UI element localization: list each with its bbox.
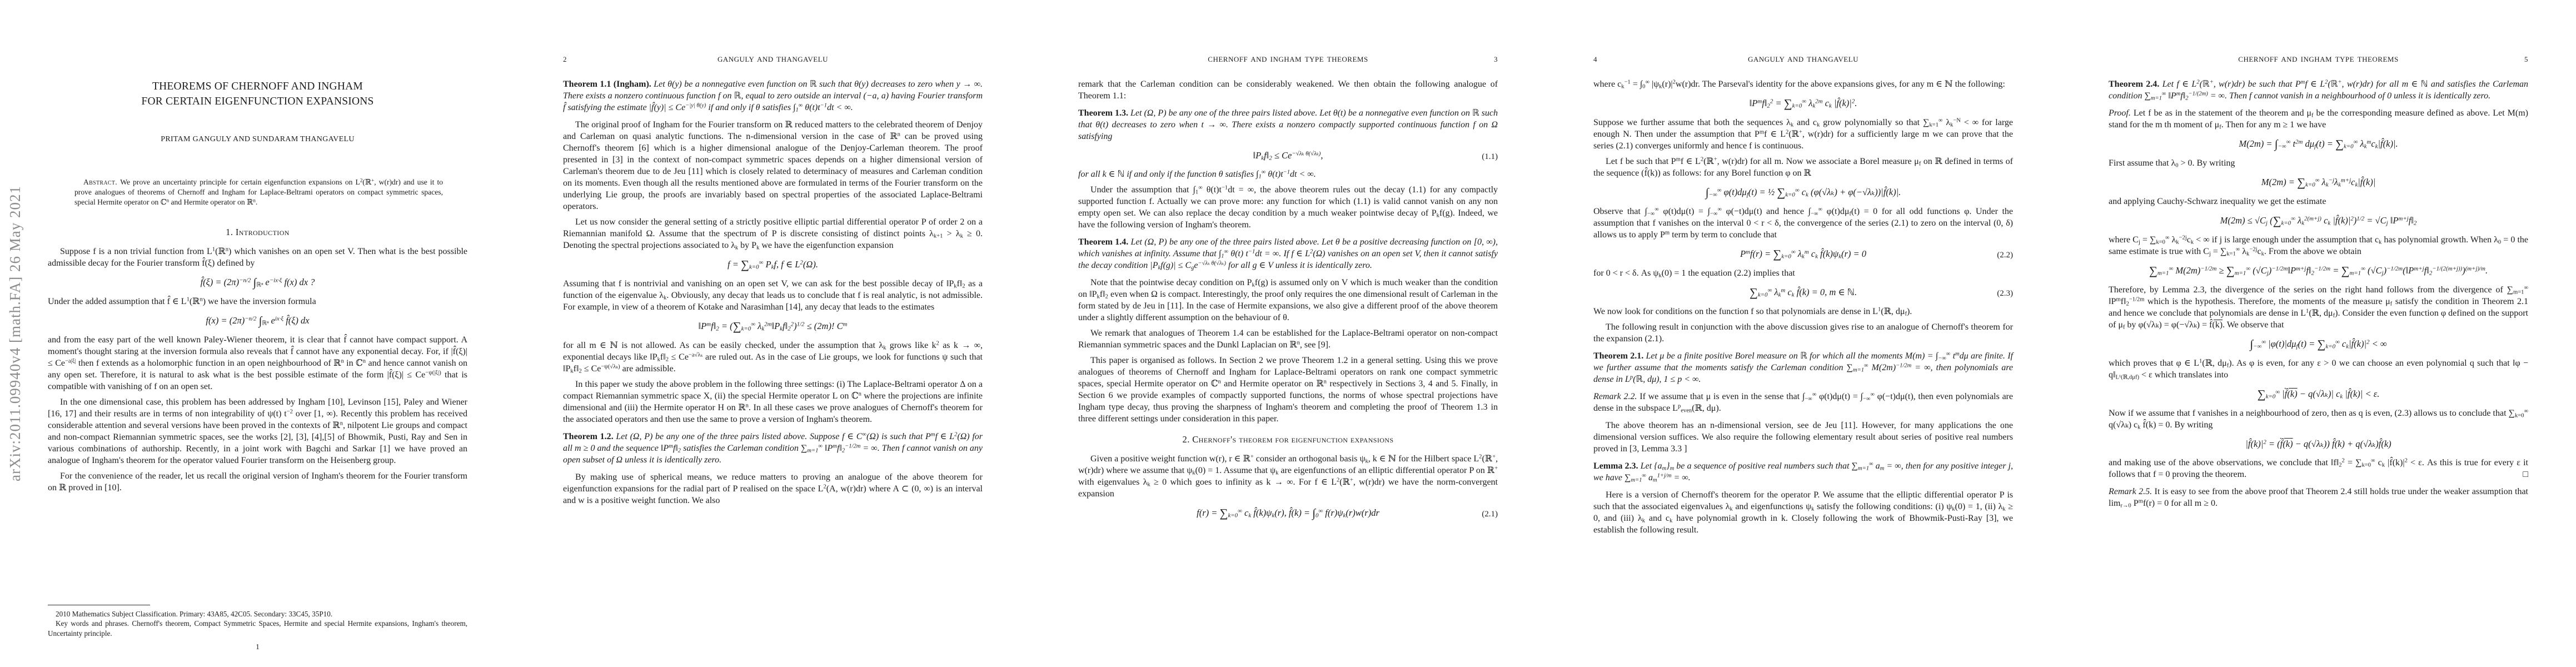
running-title: CHERNOFF AND INGHAM TYPE THEOREMS	[2109, 53, 2528, 65]
equation-text: |f̂(k)|2 = (f̂(k) − q(√λₖ)) f̂(k) + q(√λ…	[2245, 439, 2391, 449]
paper-authors: PRITAM GANGULY AND SUNDARAM THANGAVELU	[48, 133, 467, 145]
page-number: 3	[1494, 53, 1498, 65]
paragraph: for all m ∈ ℕ is not allowed. As can be …	[563, 340, 983, 375]
theorem-block: Theorem 2.4. Let f ∈ L2(ℝ+, w(r)dr) be s…	[2109, 78, 2528, 102]
paragraph: Here is a version of Chernoff's theorem …	[1593, 489, 2013, 536]
display-equation: f(x) = (2π)−n/2 ∫ℝⁿ eix·ξ f̂(ξ) dx	[48, 315, 467, 327]
section-heading: 2. Chernoff's theorem for eigenfunction …	[1078, 434, 1498, 445]
proof-text: Let f be as in the statement of the theo…	[2109, 108, 2528, 130]
paragraph: which proves that φ ∈ L1(ℝ, dμf). As φ i…	[2109, 357, 2528, 381]
paragraph: Let us now consider the general setting …	[563, 216, 983, 251]
equation-text: M(2m) = ∫−∞∞ t2m dμf(t) = ∑k=0∞ λkmck|f̂…	[2239, 138, 2398, 149]
equation-text: M(2m) = ∑k=0∞ λk−jλkm+jck|f̂(k)|	[2261, 177, 2375, 187]
paragraph: Therefore, by Lemma 2.3, the divergence …	[2109, 284, 2528, 331]
footnote-block: 2010 Mathematics Subject Classification.…	[48, 605, 467, 639]
paragraph: The original proof of Ingham for the Fou…	[563, 119, 983, 212]
theorem-block: Lemma 2.3. Let {am}m be a sequence of po…	[1593, 460, 2013, 484]
page-number: 5	[2524, 53, 2528, 65]
theorem-block: Theorem 1.4. Let (Ω, P) be any one of th…	[1078, 236, 1498, 271]
display-equation: M(2m) ≤ √Cj (∑k=0∞ λk2(m+j) ck |f̂(k)|2)…	[2109, 215, 2528, 227]
running-head: 4GANGULY AND THANGAVELU	[1593, 53, 2013, 63]
running-head: CHERNOFF AND INGHAM TYPE THEOREMS5	[2109, 53, 2528, 63]
remark-block: Remark 2.2. If we assume that μ is even …	[1593, 391, 2013, 414]
equation-text: ‖Pmf‖22 = ∑k=0∞ λk2m ck |f̂(k)|2.	[1750, 98, 1857, 108]
display-equation: ∑k=0∞ |f̂(k) − q(√λₖ)| ck |f̂(k)| < ε.	[2109, 388, 2528, 400]
theorem-block: Theorem 1.2. Let (Ω, P) be any one of th…	[563, 431, 983, 466]
paper-title: THEOREMS OF CHERNOFF AND INGHAMFOR CERTA…	[48, 79, 467, 109]
paragraph: and making use of the above observations…	[2109, 457, 2528, 480]
page-5: CHERNOFF AND INGHAM TYPE THEOREMS5Theore…	[2061, 0, 2576, 667]
theorem-text: Let (Ω, P) be any one of the three pairs…	[1078, 237, 1498, 270]
paragraph: The above theorem has an n-dimensional v…	[1593, 420, 2013, 455]
theorem-text: Let (Ω, P) be any one of the three pairs…	[1078, 108, 1498, 141]
display-equation: ∑k=0∞ λkm ck f̂(k) = 0, m ∈ ℕ.(2.3)	[1593, 286, 2013, 298]
equation-text: f = ∑k=0∞ Pkf, f ∈ L2(Ω).	[728, 259, 818, 270]
paragraph: By making use of spherical means, we red…	[563, 471, 983, 506]
abstract-text: We prove an uncertainty principle for ce…	[74, 178, 443, 206]
running-head: CHERNOFF AND INGHAM TYPE THEOREMS3	[1078, 53, 1498, 63]
paragraph: Given a positive weight function w(r), r…	[1078, 453, 1498, 500]
proof-label: Proof.	[2109, 108, 2134, 118]
page-footer-number: 1	[0, 641, 515, 653]
equation-text: ∫−∞∞ φ(t)dμf(t) = ½ ∑k=0∞ ck (φ(√λₖ) + φ…	[1706, 187, 1901, 197]
remark-block: Remark 2.5. It is easy to see from the a…	[2109, 486, 2528, 509]
paragraph: First assume that λ0 > 0. By writing	[2109, 157, 2528, 169]
paragraph: Now if we assume that f vanishes in a ne…	[2109, 407, 2528, 431]
page-4: 4GANGULY AND THANGAVELUwhere ck−1 = ∫0∞ …	[1546, 0, 2061, 667]
equation-tag: (1.1)	[1482, 151, 1498, 163]
remark-label: Remark 2.5.	[2109, 487, 2155, 496]
equation-tag: (2.2)	[1997, 250, 2013, 261]
display-equation: Pmf(r) = ∑k=0∞ λkm ck f̂(k)ψk(r) = 0(2.2…	[1593, 248, 2013, 260]
paper-sheet: arXiv:2011.09940v4 [math.FA] 26 May 2021…	[0, 0, 2576, 667]
paragraph: Suppose we further assume that both the …	[1593, 117, 2013, 152]
paragraph: Note that the pointwise decay condition …	[1078, 277, 1498, 323]
footnote-rule	[48, 605, 150, 605]
running-head: 2GANGULY AND THANGAVELU	[563, 53, 983, 63]
paragraph: Under the assumption that ∫1∞ θ(t)t−1dt …	[1078, 184, 1498, 231]
paragraph: Suppose f is a non trivial function from…	[48, 246, 467, 269]
theorem-text: Let (Ω, P) be any one of the three pairs…	[563, 432, 983, 465]
proof-block: Proof. Let f be as in the statement of t…	[2109, 107, 2528, 131]
display-equation: f(r) = ∑k=0∞ ck f̂(k)ψk(r), f̂(k) = ∫0∞ …	[1078, 507, 1498, 519]
equation-text: ∑k=0∞ λkm ck f̂(k) = 0, m ∈ ℕ.	[1750, 287, 1857, 297]
equation-text: Pmf(r) = ∑k=0∞ λkm ck f̂(k)ψk(r) = 0	[1740, 248, 1866, 259]
paper-abstract: Abstract. We prove an uncertainty princi…	[74, 177, 443, 207]
running-title: CHERNOFF AND INGHAM TYPE THEOREMS	[1078, 53, 1498, 65]
paragraph: Let f be such that Pmf ∈ L2(ℝ+, w(r)dr) …	[1593, 156, 2013, 179]
theorem-label: Theorem 1.1 (Ingham).	[563, 79, 654, 89]
paragraph: We remark that analogues of Theorem 1.4 …	[1078, 327, 1498, 351]
display-equation: ∑m=1∞ M(2m)−1/2m ≥ ∑m=1∞ (√Cj)−1/2m‖Pm+j…	[2109, 265, 2528, 277]
display-equation: |f̂(k)|2 = (f̂(k) − q(√λₖ)) f̂(k) + q(√λ…	[2109, 438, 2528, 450]
display-equation: f̂(ξ) = (2π)−n/2 ∫ℝⁿ e−ix·ξ f(x) dx ?	[48, 276, 467, 288]
theorem-text: Let f ∈ L2(ℝ+, w(r)dr) be such that Pmf …	[2109, 79, 2528, 101]
paragraph: Assuming that f is nontrivial and vanish…	[563, 278, 983, 313]
remark-text: It is easy to see from the above proof t…	[2109, 487, 2528, 508]
abstract-label: Abstract.	[83, 178, 120, 186]
display-equation: ∫−∞∞ φ(t)dμf(t) = ½ ∑k=0∞ ck (φ(√λₖ) + φ…	[1593, 186, 2013, 198]
theorem-block: Theorem 1.3. Let (Ω, P) be any one of th…	[1078, 107, 1498, 142]
equation-tag: (2.3)	[1997, 288, 2013, 300]
page-1: THEOREMS OF CHERNOFF AND INGHAMFOR CERTA…	[0, 0, 515, 667]
running-title: GANGULY AND THANGAVELU	[563, 53, 983, 65]
paragraph: where ck−1 = ∫0∞ |ψk(r)|2w(r)dr. The Par…	[1593, 78, 2013, 90]
equation-text: ‖Pmf‖2 = (∑k=0∞ λk2m‖Pkf‖22)1/2 ≤ (2m)! …	[699, 321, 848, 331]
display-equation: f = ∑k=0∞ Pkf, f ∈ L2(Ω).	[563, 258, 983, 271]
footnote-line: 2010 Mathematics Subject Classification.…	[48, 609, 467, 619]
equation-text: f(x) = (2π)−n/2 ∫ℝⁿ eix·ξ f̂(ξ) dx	[206, 315, 309, 326]
paragraph: and from the easy part of the well known…	[48, 334, 467, 392]
theorem-label: Theorem 2.1.	[1593, 351, 1646, 361]
theorem-label: Theorem 1.3.	[1078, 108, 1130, 118]
equation-text: f(r) = ∑k=0∞ ck f̂(k)ψk(r), f̂(k) = ∫0∞ …	[1197, 507, 1379, 518]
equation-text: ∑k=0∞ |f̂(k) − q(√λₖ)| ck |f̂(k)| < ε.	[2258, 389, 2380, 399]
display-equation: ‖Pkf‖2 ≤ Ce−√λₖ θ(√λₖ),(1.1)	[1078, 150, 1498, 161]
paragraph: In the one dimensional case, this proble…	[48, 396, 467, 466]
paragraph: The following result in conjunction with…	[1593, 321, 2013, 345]
display-equation: M(2m) = ∫−∞∞ t2m dμf(t) = ∑k=0∞ λkmck|f̂…	[2109, 138, 2528, 150]
running-title: GANGULY AND THANGAVELU	[1593, 53, 2013, 65]
equation-text: ∑m=1∞ M(2m)−1/2m ≥ ∑m=1∞ (√Cj)−1/2m‖Pm+j…	[2149, 265, 2488, 276]
remark-text: If we assume that μ is even in the sense…	[1593, 392, 2013, 413]
paragraph: and applying Cauchy-Schwarz inequality w…	[2109, 196, 2528, 207]
paragraph: In this paper we study the above problem…	[563, 379, 983, 425]
footnote-line: Key words and phrases. Chernoff's theore…	[48, 619, 467, 638]
paragraph: For the convenience of the reader, let u…	[48, 470, 467, 494]
theorem-block: Theorem 2.1. Let μ be a finite positive …	[1593, 350, 2013, 385]
display-equation: M(2m) = ∑k=0∞ λk−jλkm+jck|f̂(k)|	[2109, 176, 2528, 188]
equation-tag: (2.1)	[1482, 509, 1498, 520]
theorem-label: Theorem 2.4.	[2109, 79, 2163, 89]
paragraph: remark that the Carleman condition can b…	[1078, 78, 1498, 102]
paragraph: where Cj = ∑k=0∞ λk−2jck < ∞ if j is lar…	[2109, 234, 2528, 257]
qed-box: □	[2523, 469, 2528, 480]
theorem-continuation: for all k ∈ ℕ if and only if the functio…	[1078, 168, 1498, 180]
equation-text: f̂(ξ) = (2π)−n/2 ∫ℝⁿ e−ix·ξ f(x) dx ?	[201, 277, 315, 287]
display-equation: ‖Pmf‖2 = (∑k=0∞ λk2m‖Pkf‖22)1/2 ≤ (2m)! …	[563, 320, 983, 332]
page-2: 2GANGULY AND THANGAVELUTheorem 1.1 (Ingh…	[515, 0, 1030, 667]
paragraph: Observe that ∫−∞∞ φ(t)dμ(t) = ∫−∞∞ φ(−t)…	[1593, 206, 2013, 241]
paragraph: Under the added assumption that f̂ ∈ L1(…	[48, 296, 467, 307]
theorem-label: Theorem 1.2.	[563, 432, 616, 441]
equation-text: ‖Pkf‖2 ≤ Ce−√λₖ θ(√λₖ),	[1253, 150, 1323, 161]
paragraph: for 0 < r < δ. As ψk(0) = 1 the equation…	[1593, 267, 2013, 279]
theorem-text: Let μ be a finite positive Borel measure…	[1593, 351, 2013, 384]
remark-label: Remark 2.2.	[1593, 392, 1640, 401]
display-equation: ‖Pmf‖22 = ∑k=0∞ λk2m ck |f̂(k)|2.	[1593, 97, 2013, 109]
section-heading: 1. Introduction	[48, 226, 467, 238]
theorem-label: Theorem 1.4.	[1078, 237, 1131, 247]
equation-text: ∫−∞∞ |φ(t)|dμf(t) = ∑k=0∞ ck|f̂(k)|2 < ∞	[2250, 339, 2386, 349]
paragraph: We now look for conditions on the functi…	[1593, 306, 2013, 317]
page-3: CHERNOFF AND INGHAM TYPE THEOREMS3remark…	[1030, 0, 1546, 667]
theorem-text: Let {am}m be a sequence of positive real…	[1593, 461, 2013, 482]
theorem-label: Lemma 2.3.	[1593, 461, 1641, 471]
paragraph: This paper is organised as follows. In S…	[1078, 355, 1498, 425]
pages-row: THEOREMS OF CHERNOFF AND INGHAMFOR CERTA…	[0, 0, 2576, 667]
equation-text: M(2m) ≤ √Cj (∑k=0∞ λk2(m+j) ck |f̂(k)|2)…	[2220, 215, 2417, 226]
theorem-block: Theorem 1.1 (Ingham). Let θ(y) be a nonn…	[563, 78, 983, 113]
display-equation: ∫−∞∞ |φ(t)|dμf(t) = ∑k=0∞ ck|f̂(k)|2 < ∞	[2109, 338, 2528, 350]
